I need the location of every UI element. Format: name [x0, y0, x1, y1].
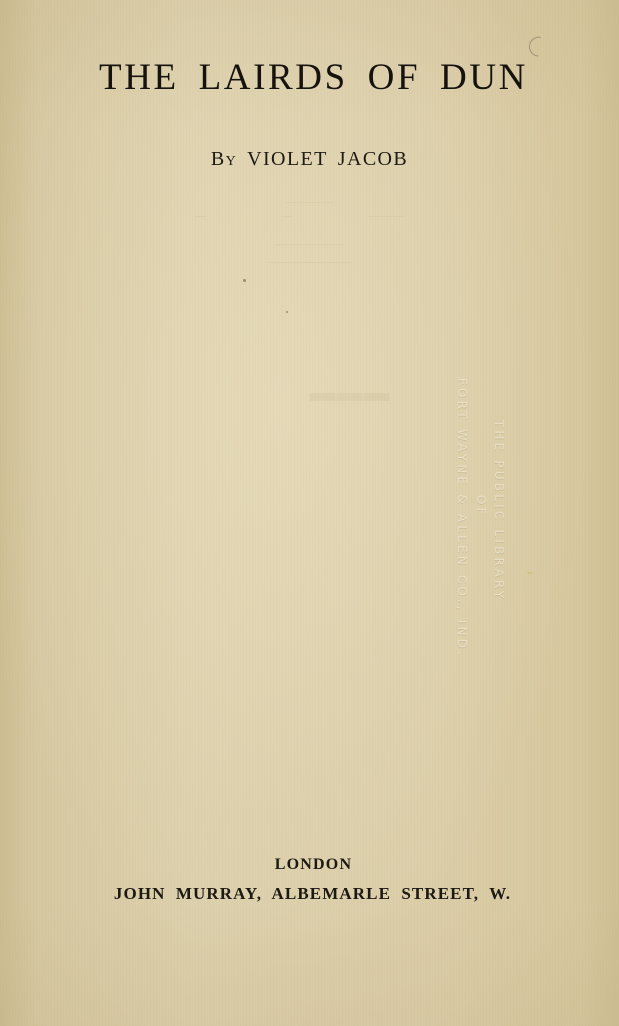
paper-speck: [527, 572, 533, 574]
bleed-through-text: ▬▬▬: [280, 378, 420, 408]
library-stamp-line: FORT WAYNE & ALLEN CO., IND.: [455, 378, 469, 658]
book-title: THE LAIRDS OF DUN: [0, 56, 619, 100]
byline-prefix: BY: [211, 148, 237, 170]
library-stamp-line: OF: [474, 495, 488, 518]
paper-speck: [286, 311, 288, 313]
library-stamp-line: THE PUBLIC LIBRARY: [492, 420, 506, 601]
imprint-city: LONDON: [0, 856, 619, 874]
imprint-publisher: JOHN MURRAY, ALBEMARLE STREET, W.: [0, 884, 619, 904]
author-byline: BY VIOLET JACOB: [0, 146, 619, 175]
bleed-through-text: —————: [190, 236, 430, 252]
paper-speck: [243, 279, 246, 282]
bleed-through-text: ———————: [190, 256, 430, 268]
author-name: VIOLET JACOB: [247, 148, 408, 170]
bleed-through-text: ————: [190, 196, 430, 208]
bleed-through-text: —————: [195, 210, 405, 222]
